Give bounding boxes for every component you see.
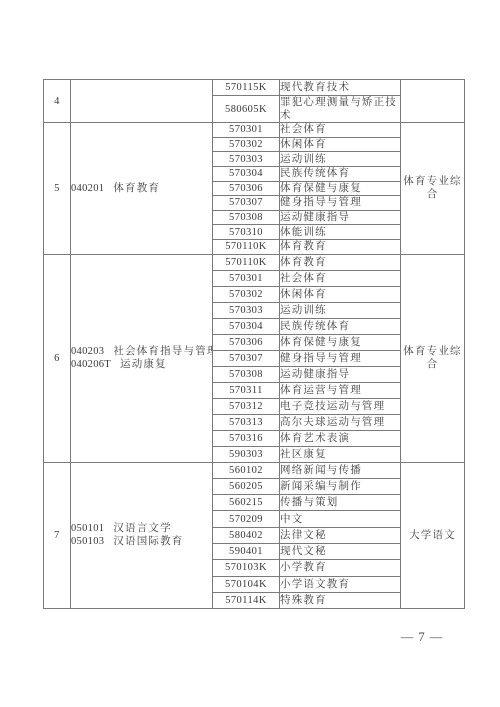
exam-subject-cell: 体育专业综合 xyxy=(401,254,465,462)
program-code-cell: 590401 xyxy=(213,544,280,560)
undergraduate-major-cell: 040201体育教育 xyxy=(71,123,213,254)
major-code: 040206T xyxy=(71,359,111,370)
program-name-cell: 休闲体育 xyxy=(280,137,401,152)
program-code-cell: 570316 xyxy=(213,430,280,446)
program-name-cell: 小学教育 xyxy=(280,560,401,576)
program-name-cell: 运动健康指导 xyxy=(280,210,401,225)
major-code: 050103 xyxy=(71,536,104,547)
program-code-cell: 570310 xyxy=(213,225,280,240)
program-code-cell: 570104K xyxy=(213,576,280,592)
undergraduate-major-cell: 050101汉语言文学050103汉语国际教育 xyxy=(71,462,213,609)
program-code-cell: 570307 xyxy=(213,196,280,211)
program-name-cell: 特殊教育 xyxy=(280,592,401,608)
undergraduate-major-cell xyxy=(71,80,213,123)
program-name-cell: 体育艺术表演 xyxy=(280,430,401,446)
program-name-cell: 社区康复 xyxy=(280,446,401,462)
major-code: 040201 xyxy=(71,183,104,194)
program-name-cell: 休闲体育 xyxy=(280,286,401,302)
program-name-cell: 体育教育 xyxy=(280,240,401,255)
program-name-cell: 民族传统体育 xyxy=(280,167,401,182)
program-name-cell: 中文 xyxy=(280,511,401,527)
program-code-cell: 580605K xyxy=(213,96,280,123)
major-name: 体育教育 xyxy=(113,183,160,194)
program-name-cell: 传播与策划 xyxy=(280,495,401,511)
program-name-cell: 小学语文教育 xyxy=(280,576,401,592)
program-code-cell: 570306 xyxy=(213,334,280,350)
program-name-cell: 电子竞技运动与管理 xyxy=(280,398,401,414)
program-name-cell: 罪犯心理测量与矫正技术 xyxy=(280,96,401,123)
program-name-cell: 健身指导与管理 xyxy=(280,196,401,211)
major-name: 运动康复 xyxy=(120,359,167,370)
program-name-cell: 民族传统体育 xyxy=(280,318,401,334)
undergraduate-major-cell: 040203社会体育指导与管理040206T运动康复 xyxy=(71,254,213,462)
program-code-cell: 570209 xyxy=(213,511,280,527)
program-code-cell: 570110K xyxy=(213,240,280,255)
program-code-cell: 570313 xyxy=(213,414,280,430)
page-number: — 7 — xyxy=(392,630,452,645)
program-code-cell: 570301 xyxy=(213,123,280,138)
program-code-cell: 570304 xyxy=(213,167,280,182)
program-code-cell: 570302 xyxy=(213,286,280,302)
program-code-cell: 580402 xyxy=(213,527,280,543)
group-number-cell: 4 xyxy=(44,80,71,123)
program-code-cell: 570311 xyxy=(213,382,280,398)
group-number-cell: 6 xyxy=(44,254,71,462)
major-name: 汉语国际教育 xyxy=(113,536,183,547)
program-code-cell: 570304 xyxy=(213,318,280,334)
program-code-cell: 570312 xyxy=(213,398,280,414)
program-name-cell: 新闻采编与制作 xyxy=(280,478,401,494)
program-name-cell: 体育运营与管理 xyxy=(280,382,401,398)
program-code-cell: 570308 xyxy=(213,366,280,382)
program-code-cell: 570302 xyxy=(213,137,280,152)
exam-subject-cell xyxy=(401,80,465,123)
major-code: 040203 xyxy=(71,346,104,357)
program-code-cell: 570114K xyxy=(213,592,280,608)
program-name-cell: 网络新闻与传播 xyxy=(280,462,401,478)
table-row: 6040203社会体育指导与管理040206T运动康复570110K体育教育体育… xyxy=(44,254,465,270)
program-name-cell: 健身指导与管理 xyxy=(280,350,401,366)
program-code-cell: 560102 xyxy=(213,462,280,478)
program-name-cell: 运动训练 xyxy=(280,302,401,318)
program-code-cell: 570308 xyxy=(213,210,280,225)
program-code-cell: 560215 xyxy=(213,495,280,511)
major-code: 050101 xyxy=(71,523,104,534)
major-name: 汉语言文学 xyxy=(113,523,172,534)
program-name-cell: 社会体育 xyxy=(280,270,401,286)
document-page: 4570115K现代教育技术580605K罪犯心理测量与矫正技术5040201体… xyxy=(0,0,500,707)
program-name-cell: 体育保健与康复 xyxy=(280,181,401,196)
subjects-table-body: 4570115K现代教育技术580605K罪犯心理测量与矫正技术5040201体… xyxy=(44,80,465,609)
table-row: 5040201体育教育570301社会体育体育专业综合 xyxy=(44,123,465,138)
program-code-cell: 590303 xyxy=(213,446,280,462)
group-number-cell: 5 xyxy=(44,123,71,254)
major-line: 040203社会体育指导与管理 xyxy=(71,345,212,358)
program-name-cell: 现代文秘 xyxy=(280,544,401,560)
program-name-cell: 现代教育技术 xyxy=(280,80,401,96)
exam-subjects-table: 4570115K现代教育技术580605K罪犯心理测量与矫正技术5040201体… xyxy=(43,79,465,609)
major-line: 040206T运动康复 xyxy=(71,358,212,371)
program-name-cell: 高尔夫球运动与管理 xyxy=(280,414,401,430)
table-row: 4570115K现代教育技术 xyxy=(44,80,465,96)
program-code-cell: 570301 xyxy=(213,270,280,286)
program-name-cell: 社会体育 xyxy=(280,123,401,138)
program-code-cell: 570110K xyxy=(213,254,280,270)
program-name-cell: 运动训练 xyxy=(280,152,401,167)
program-name-cell: 体育教育 xyxy=(280,254,401,270)
program-code-cell: 570303 xyxy=(213,302,280,318)
program-name-cell: 法律文秘 xyxy=(280,527,401,543)
exam-subject-cell: 大学语文 xyxy=(401,462,465,609)
program-name-cell: 运动健康指导 xyxy=(280,366,401,382)
major-line: 050103汉语国际教育 xyxy=(71,535,212,548)
group-number-cell: 7 xyxy=(44,462,71,609)
program-name-cell: 体育保健与康复 xyxy=(280,334,401,350)
program-code-cell: 570115K xyxy=(213,80,280,96)
program-code-cell: 570303 xyxy=(213,152,280,167)
program-code-cell: 570306 xyxy=(213,181,280,196)
program-code-cell: 570307 xyxy=(213,350,280,366)
program-code-cell: 570103K xyxy=(213,560,280,576)
major-line: 040201体育教育 xyxy=(71,182,212,195)
major-name: 社会体育指导与管理 xyxy=(113,346,212,357)
table-row: 7050101汉语言文学050103汉语国际教育560102网络新闻与传播大学语… xyxy=(44,462,465,478)
program-name-cell: 体能训练 xyxy=(280,225,401,240)
program-code-cell: 560205 xyxy=(213,478,280,494)
exam-subject-cell: 体育专业综合 xyxy=(401,123,465,254)
major-line: 050101汉语言文学 xyxy=(71,522,212,535)
